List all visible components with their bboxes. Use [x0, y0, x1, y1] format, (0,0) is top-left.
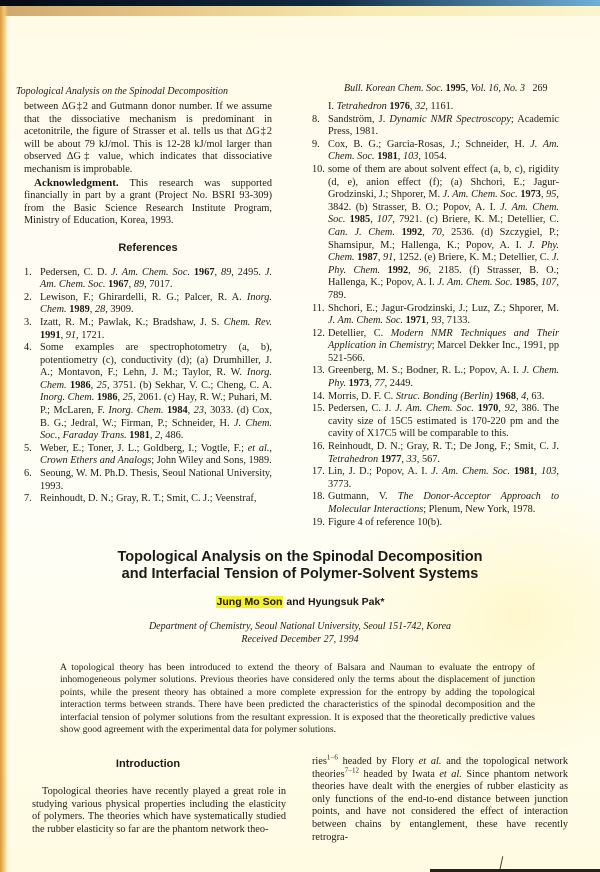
reference-number: 5. [24, 443, 32, 456]
reference-list-left: 1.Pedersen, C. D. J. Am. Chem. Soc. 1967… [24, 267, 272, 506]
reference-number: 8. [312, 114, 320, 127]
reference-number: 1. [24, 267, 32, 280]
reference-number: 6. [24, 468, 32, 481]
running-head-title: Topological Analysis on the Spinodal Dec… [16, 86, 228, 97]
reference-item: 3.Izatt, R. M.; Pawlak, K.; Bradshaw, J.… [24, 317, 272, 342]
reference-7-continuation: I. Tetrahedron 1976, 32, 1161. [312, 101, 559, 114]
reference-text: Izatt, R. M.; Pawlak, K.; Bradshaw, J. S… [40, 317, 272, 341]
reference-item: 10.some of them are about solvent effect… [312, 164, 559, 303]
journal-year: 1995 [446, 83, 466, 94]
highlighted-author[interactable]: Jung Mo Son [216, 596, 284, 608]
introduction-heading: Introduction [24, 758, 272, 770]
running-head-citation: Bull. Korean Chem. Soc. 1995, Vol. 16, N… [344, 83, 548, 94]
references-heading: References [24, 242, 272, 255]
reference-text: Figure 4 of reference 10(b). [328, 517, 442, 528]
reference-item: 18.Gutmann, V. The Donor-Acceptor Approa… [312, 491, 559, 516]
reference-text: Lewison, F.; Ghirardelli, R. G.; Palcer,… [40, 292, 272, 316]
reference-list-right: 8.Sandström, J. Dynamic NMR Spectroscopy… [312, 114, 559, 530]
reference-item: 13.Greenberg, M. S.; Bodner, R. L.; Popo… [312, 365, 559, 390]
reference-item: 11.Shchori, E.; Jagur-Grodzinski, J.; Lu… [312, 303, 559, 328]
author-line: Jung Mo Son and Hyungsuk Pak* [60, 596, 540, 608]
journal-name: Bull. Korean Chem. Soc. [344, 83, 443, 94]
reference-text: Shchori, E.; Jagur-Grodzinski, J.; Luz, … [328, 303, 559, 327]
page-number: 269 [533, 83, 548, 94]
reference-number: 14. [312, 391, 325, 404]
reference-number: 4. [24, 342, 32, 355]
reference-item: 5.Weber, E.; Toner, J. L.; Goldberg, I.;… [24, 443, 272, 468]
reference-text: some of them are about solvent effect (a… [328, 164, 559, 301]
reference-number: 10. [312, 164, 325, 177]
reference-number: 18. [312, 491, 325, 504]
reference-number: 9. [312, 139, 320, 152]
reference-text: Cox, B. G.; Garcia-Rosas, J.; Schneider,… [328, 139, 559, 163]
reference-text: Seoung, W. M. Ph.D. Thesis, Seoul Nation… [40, 468, 272, 492]
reference-text: Reinhoudt, D. N.; Gray, R. T.; De Jong, … [328, 441, 559, 465]
reference-text: Lin, J. D.; Popov, A. I. J. Am. Chem. So… [328, 466, 559, 490]
reference-item: 4.Some examples are spectrophotometry (a… [24, 342, 272, 443]
reference-item: 1.Pedersen, C. D. J. Am. Chem. Soc. 1967… [24, 267, 272, 292]
reference-text: Morris, D. F. C. Struc. Bonding (Berlin)… [328, 391, 544, 402]
reference-item: 14.Morris, D. F. C. Struc. Bonding (Berl… [312, 391, 559, 404]
reference-number: 7. [24, 493, 32, 506]
article-title: Topological Analysis on the Spinodal Dec… [60, 549, 540, 583]
reference-text: Pedersen, C. J. J. Am. Chem. Soc. 1970, … [328, 403, 559, 439]
reference-item: 2.Lewison, F.; Ghirardelli, R. G.; Palce… [24, 292, 272, 317]
reference-number: 15. [312, 403, 325, 416]
author-connector: and [283, 596, 308, 608]
affiliation-block: Department of Chemistry, Seoul National … [60, 620, 540, 646]
abstract: A topological theory has been introduced… [60, 662, 535, 736]
reference-number: 11. [312, 303, 325, 316]
introduction-text-right: ries1−6 headed by Flory et al. and the t… [312, 756, 568, 844]
journal-volume: Vol. 16, No. 3 [471, 83, 525, 94]
reference-item: 17.Lin, J. D.; Popov, A. I. J. Am. Chem.… [312, 466, 559, 491]
acknowledgment-paragraph: Acknowledgment. This research was suppor… [24, 177, 272, 228]
reference-item: 16.Reinhoudt, D. N.; Gray, R. T.; De Jon… [312, 441, 559, 466]
reference-number: 17. [312, 466, 325, 479]
closing-paragraph: between ΔG‡2 and Gutmann donor number. I… [24, 101, 272, 177]
reference-item: 6.Seoung, W. M. Ph.D. Thesis, Seoul Nati… [24, 468, 272, 493]
acknowledgment-label: Acknowledgment. [34, 177, 119, 189]
reference-item: 9.Cox, B. G.; Garcia-Rosas, J.; Schneide… [312, 139, 559, 164]
reference-item: 8.Sandström, J. Dynamic NMR Spectroscopy… [312, 114, 559, 139]
reference-number: 16. [312, 441, 325, 454]
reference-text: Some examples are spectrophotometry (a, … [40, 342, 272, 441]
reference-text: Detellier, C. Modern NMR Techniques and … [328, 328, 559, 364]
reference-number: 12. [312, 328, 325, 341]
article-title-line-1: Topological Analysis on the Spinodal Dec… [60, 549, 540, 566]
reference-text: Pedersen, C. D. J. Am. Chem. Soc. 1967, … [40, 267, 272, 291]
affiliation: Department of Chemistry, Seoul National … [60, 620, 540, 633]
reference-item: 19.Figure 4 of reference 10(b). [312, 517, 559, 530]
reference-text: Sandström, J. Dynamic NMR Spectroscopy; … [328, 114, 559, 138]
reference-item: 7.Reinhoudt, D. N.; Gray, R. T.; Smit, C… [24, 493, 272, 506]
reference-number: 19. [312, 517, 325, 530]
reference-text: Reinhoudt, D. N.; Gray, R. T.; Smit, C. … [40, 493, 256, 504]
reference-number: 13. [312, 365, 325, 378]
corresponding-author: Hyungsuk Pak* [308, 596, 384, 608]
article-title-line-2: and Interfacial Tension of Polymer-Solve… [60, 566, 540, 583]
received-date: Received December 27, 1994 [60, 633, 540, 646]
introduction-text-left: Topological theories have recently playe… [32, 786, 286, 836]
right-column: I. Tetrahedron 1976, 32, 1161. 8.Sandstr… [312, 101, 559, 529]
reference-item: 12.Detellier, C. Modern NMR Techniques a… [312, 328, 559, 366]
reference-item: 15.Pedersen, C. J. J. Am. Chem. Soc. 197… [312, 403, 559, 441]
reference-text: Weber, E.; Toner, J. L.; Goldberg, I.; V… [40, 443, 272, 467]
journal-page: Topological Analysis on the Spinodal Dec… [0, 6, 600, 872]
left-column: between ΔG‡2 and Gutmann donor number. I… [24, 101, 272, 506]
reference-number: 3. [24, 317, 32, 330]
reference-number: 2. [24, 292, 32, 305]
reference-text: Gutmann, V. The Donor-Acceptor Approach … [328, 491, 559, 515]
reference-text: Greenberg, M. S.; Bodner, R. L.; Popov, … [328, 365, 559, 389]
